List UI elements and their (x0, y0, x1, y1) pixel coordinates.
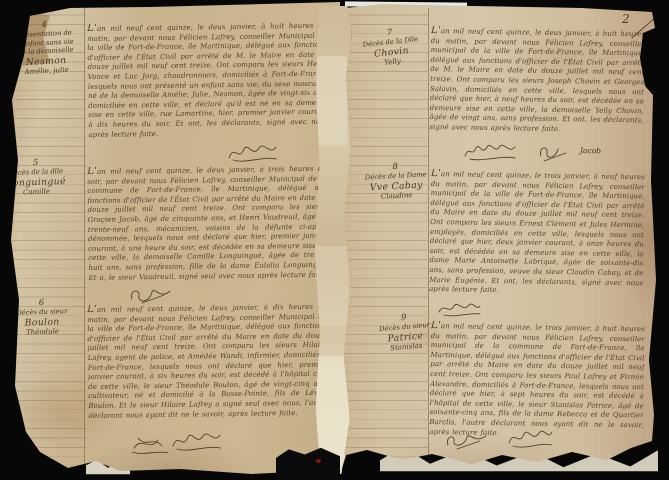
signature-scribble (170, 428, 222, 458)
entry-body-8: L'an mil neuf cent quinze, le trois janv… (429, 169, 645, 302)
margin-annotation-entry-8: 8 Décès de la Dame Vve Cabay Claudine (349, 160, 443, 204)
signature-scribble (536, 144, 570, 168)
signature-scribble (506, 426, 554, 454)
margin-annotation-entry-6: 6 Décès du sieur Boulon Théodule (3, 297, 80, 339)
entry-body-5: L'an mil neuf cent quinze, le deux janvi… (87, 164, 329, 293)
repair-tape (317, 56, 347, 146)
margin-rule-right (428, 8, 429, 460)
signature-readable: Jacob (580, 146, 601, 155)
signature-scribble (444, 432, 490, 456)
microfilm-frame: 4 Présentation de l'Enfant sans vie de l… (0, 0, 669, 480)
register-page-right: 2 7 Décès de la Dlle Chovin Yelly L'an m… (322, 0, 669, 480)
red-speck (316, 459, 321, 463)
entry-body-4: L'an mil neuf cent quinze, le deux janvi… (87, 21, 329, 150)
repair-tape (315, 246, 349, 326)
entry-body-6: L'an mil neuf cent quinze, le deux janvi… (87, 302, 329, 437)
margin-annotation-entry-5: 5 Décès de la dlle Longuingué Camille (0, 157, 73, 199)
page-number: 2 (622, 12, 630, 26)
entry-body-7: L'an mil neuf cent quinze, le deux janvi… (429, 26, 645, 141)
margin-annotation-entry-4: 4 Présentation de l'Enfant sans vie de l… (6, 18, 85, 78)
register-page-left: 4 Présentation de l'Enfant sans vie de l… (0, 0, 340, 478)
signature-scribble (462, 142, 518, 166)
entry-body-9: L'an mil neuf cent quinze, le trois janv… (429, 321, 645, 440)
signature-scribble (128, 434, 170, 460)
margin-rule-left (84, 6, 85, 470)
